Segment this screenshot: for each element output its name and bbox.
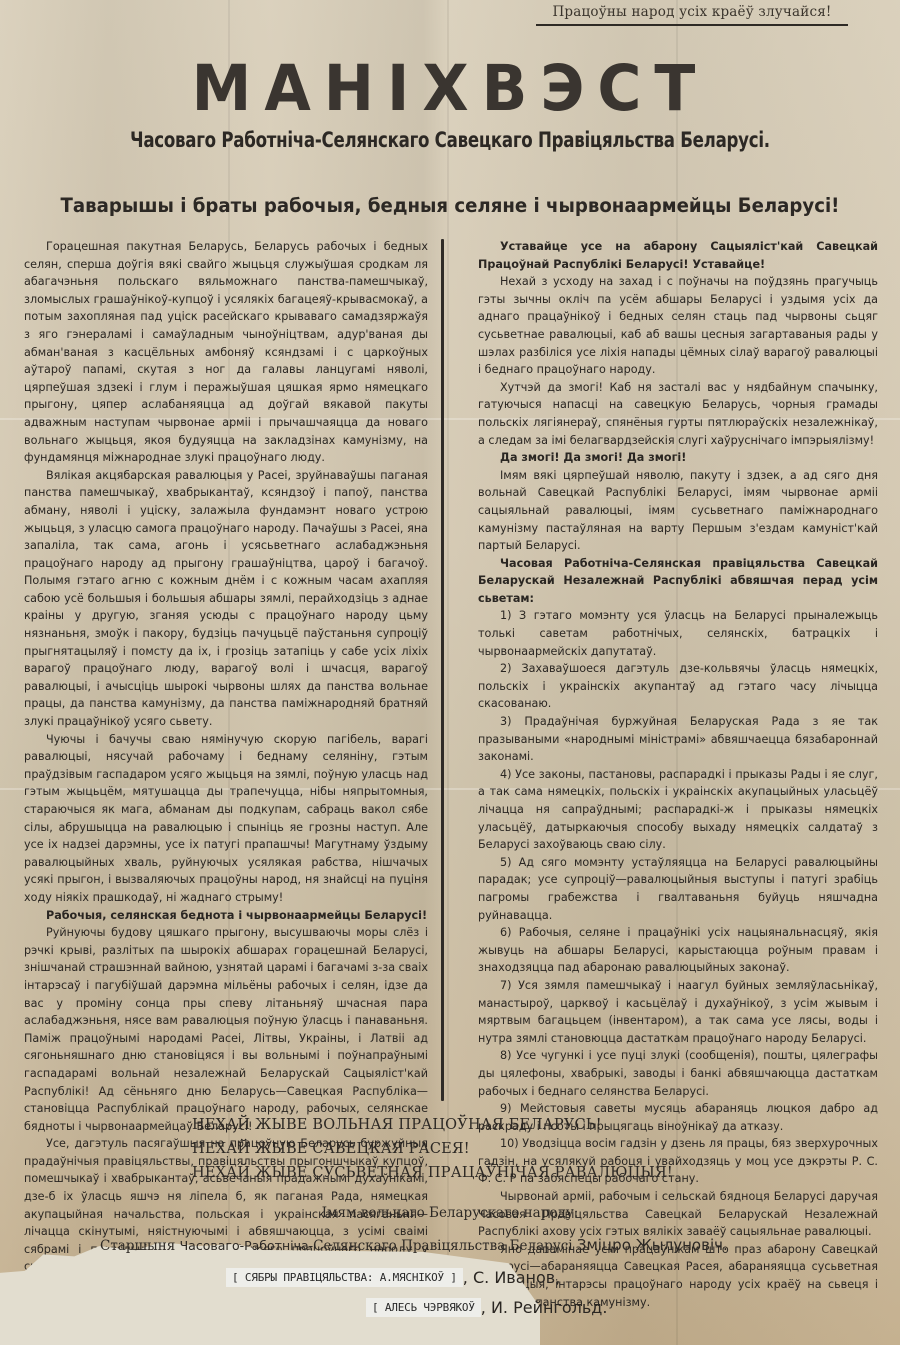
- paragraph: Руйнуючы будову цяшкаго прыгону, высушва…: [24, 924, 428, 1135]
- section-heading: Да змогі! Да змогі! Да змогі!: [478, 449, 878, 467]
- decree-item: 4) Усе законы, пастановы, распарадкі і п…: [478, 766, 878, 854]
- paragraph: Імям вякі цярпеўшай няволю, пакуту і здз…: [478, 467, 878, 555]
- paragraph: Вялікая акцябарская равалюцыя у Расеі, з…: [24, 467, 428, 731]
- slogan: НЕХАЙ ЖЫВЕ ВОЛЬНАЯ ПРАЦОЎНАЯ БЕЛАРУСЬ!: [192, 1113, 673, 1137]
- slogans: НЕХАЙ ЖЫВЕ ВОЛЬНАЯ ПРАЦОЎНАЯ БЕЛАРУСЬ! Н…: [192, 1113, 673, 1185]
- document-address: Таварышы і браты рабочыя, бедныя селяне …: [32, 194, 869, 217]
- document-title: МАНІХВЭСТ: [0, 52, 900, 126]
- paragraph: Горацешная пакутная Беларусь, Беларусь р…: [24, 238, 428, 467]
- paragraph: Чуючы і бачучы сваю нямінучую скорую паг…: [24, 731, 428, 907]
- section-heading: Часовая Работніча-Селянская правіцяльств…: [478, 555, 878, 608]
- decree-item: 3) Прадаўнічая буржуйная Беларуская Рада…: [478, 713, 878, 766]
- column-divider: [441, 239, 444, 1101]
- in-name-of: Імям вольнаго Беларускаго народу:: [0, 1205, 900, 1221]
- chair-prefix: Старшыня: [100, 1238, 175, 1254]
- chairman-line: Старшыня Часоваго-Работніча-Селянскаго П…: [100, 1236, 820, 1254]
- slogan: НЕХАЙ ЖЫВЕ СУСЬВЕТНАЯ ПРАЦАЎНІЧАЯ РАВАЛЮ…: [192, 1161, 673, 1185]
- chair-corrected-text: Часоваго-Работніча-: [180, 1238, 314, 1253]
- paragraph: Хутчэй да змогі! Каб ня засталі вас у ня…: [478, 379, 878, 449]
- members-line-2: [ АЛЕСЬ ЧЭРВЯКОЎ, И. Рейнгольд.: [366, 1298, 607, 1317]
- header-motto: Працоўны народ усіх краёў злучайся!: [536, 4, 848, 26]
- document-subtitle: Часоваго Работніча-Селянскаго Савецкаго …: [54, 128, 846, 152]
- typed-correction-strip: [ АЛЕСЬ ЧЭРВЯКОЎ: [366, 1298, 481, 1317]
- section-heading: Рабочыя, селянская беднота і чырвонаарме…: [24, 907, 428, 925]
- decree-item: 6) Рабочыя, селяне і працаўнікі усіх нац…: [478, 924, 878, 977]
- members-line-1: [ СЯБРЫ ПРАВІЦЯЛЬСТВА: А.МЯСНІКОЎ ], С. …: [226, 1268, 560, 1287]
- chair-body: Селянскаго Правіцяльства Беларусі: [313, 1238, 572, 1254]
- member-names: , С. Иванов,: [463, 1268, 560, 1287]
- typed-correction-strip: [ СЯБРЫ ПРАВІЦЯЛЬСТВА: А.МЯСНІКОЎ ]: [226, 1268, 463, 1287]
- slogan: НЕХАЙ ЖЫВЕ САВЕЦКАЯ РАСЕЯ!: [192, 1137, 673, 1161]
- chair-name: Зміцро Жылуновіч.: [577, 1236, 728, 1254]
- decree-item: 1) З гэтаго момэнту уся ўласць на Белару…: [478, 607, 878, 660]
- paragraph: Нехай з усходу на захад і с поўначы на п…: [478, 273, 878, 379]
- decree-item: 5) Ад сяго момэнту устаўляяцца на Белару…: [478, 854, 878, 924]
- section-heading: Уставайце усе на абарону Сацыяліст'кай С…: [478, 238, 878, 273]
- decree-item: 2) Захаваўшоеся дагэтуль дзе-кольвячы ўл…: [478, 660, 878, 713]
- decree-item: 7) Уся зямля памешчыкаў і наагул буйных …: [478, 977, 878, 1047]
- decree-item: 8) Усе чугункі і усе пуці злукі (сообщен…: [478, 1047, 878, 1100]
- member-names: , И. Рейнгольд.: [481, 1298, 608, 1317]
- document-page: Працоўны народ усіх краёў злучайся! МАНІ…: [0, 0, 900, 1345]
